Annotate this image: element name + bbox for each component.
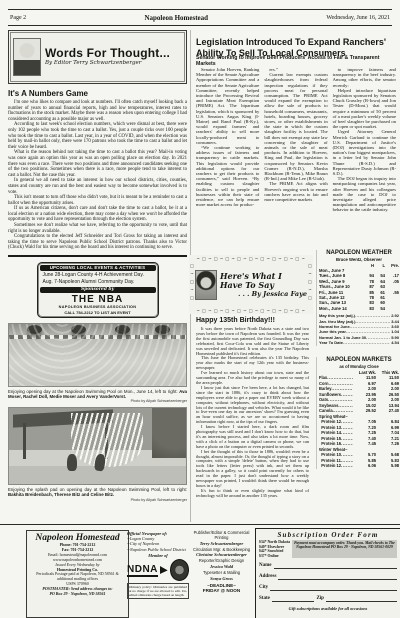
birthday-article: Happy 135th Birthday!!! It was three yea… bbox=[196, 317, 309, 499]
sponsor-phone: CALL 754-2212 TO LIST AN EVENT bbox=[40, 310, 156, 315]
ornament-border-icon: ~ □ ~ □ ~ □ ~ □ ~ □ ~ □ ~ □ ~ □ ~ □ ~ bbox=[189, 307, 313, 314]
article-title-numbers-game: It's A Numbers Game bbox=[8, 89, 187, 98]
photo-credit: Photo by Allyah Schwartzenberger bbox=[8, 498, 187, 503]
weather-observer: Bruce Wentz, Observer bbox=[319, 257, 399, 262]
article-column-2: ers.”Current law exempts custom slaughte… bbox=[264, 67, 327, 254]
obituary-policy-box: Obituary policy: Obituaries are publishe… bbox=[127, 583, 189, 599]
sponsored-by-bar: Sponsored by bbox=[40, 287, 156, 293]
pool-photo bbox=[8, 323, 187, 387]
words-for-thought-masthead: Words For Thought... By Editor Terry Sch… bbox=[45, 47, 170, 67]
jessica-photo bbox=[195, 270, 217, 300]
name-input-line[interactable] bbox=[274, 563, 398, 569]
splash-pad-photo bbox=[8, 407, 187, 485]
events-box-header: UPCOMING LOCAL EVENTS & ACTIVITIES bbox=[40, 265, 156, 271]
press-association-seal bbox=[170, 559, 189, 581]
background-trees bbox=[152, 408, 186, 458]
page-number: Page 2 bbox=[10, 15, 26, 21]
child-figure bbox=[94, 454, 106, 472]
address-label: Address bbox=[259, 574, 276, 580]
weather-summary-rows: May this year (adj.)2.92Jan. thru May (a… bbox=[319, 313, 399, 345]
markets-subtitle: as of Monday Close bbox=[319, 364, 399, 369]
masthead-postmaster-address: PO Box 29 - Napoleon, ND 58561 bbox=[29, 592, 126, 597]
banner-text: Here's What I Have To Say . . . By Jessi… bbox=[220, 272, 307, 298]
city-label: City bbox=[259, 585, 268, 591]
legislation-subhead: Senator Working to Improve Beef Producer… bbox=[196, 55, 396, 67]
editor-photo bbox=[13, 38, 41, 76]
official-items: --Logan County--City of Napoleon--Napole… bbox=[127, 536, 189, 552]
deadline-time: FRIDAY @ NOON bbox=[192, 588, 251, 593]
subscription-info-row: $34* North Dakota$40* Elsewhere$42* Snow… bbox=[259, 540, 397, 558]
left-column: Words For Thought... By Editor Terry Sch… bbox=[8, 30, 187, 506]
section-divider bbox=[8, 255, 187, 257]
caption-names: Bakhita Breidenbach, Therese Bitz and Ce… bbox=[8, 492, 114, 497]
water-spray bbox=[71, 413, 143, 467]
payment-instructions: Payment must accompany order. Thank you.… bbox=[292, 540, 397, 558]
ornament-border-icon: □ ~ □ ~ □ bbox=[307, 262, 313, 307]
words-for-thought-box: Words For Thought... By Editor Terry Sch… bbox=[8, 30, 187, 84]
city-input-line[interactable] bbox=[270, 585, 397, 591]
logo-row: NDNA bbox=[127, 559, 189, 581]
name-label: Name bbox=[259, 563, 272, 569]
article-title-birthday: Happy 135th Birthday!!! bbox=[196, 317, 309, 325]
structure-post bbox=[23, 423, 26, 459]
sponsor-name: THE NBA bbox=[40, 294, 156, 305]
ndna-logo: NDNA bbox=[127, 564, 158, 577]
banner-byline: . . . By Jessica Faye bbox=[220, 290, 307, 298]
weather-daily-rows: Mon., June 7Tues., June 89454.17Wed., Ju… bbox=[319, 268, 399, 311]
swimmer-figure bbox=[155, 325, 170, 334]
newspaper-name: Napoleon Homestead bbox=[144, 14, 208, 22]
footer-divider bbox=[0, 524, 400, 525]
column-title: Words For Thought... bbox=[45, 47, 170, 60]
banner-content: Here's What I Have To Say . . . By Jessi… bbox=[195, 262, 307, 307]
state-label: State bbox=[259, 596, 270, 602]
markets-rows: Flax11.5011.50Corn6.976.69Barley2.002.00… bbox=[319, 375, 399, 469]
official-newspaper-block: Official Newspaper of: --Logan County--C… bbox=[127, 531, 189, 599]
state-zip-field[interactable]: State Zip bbox=[259, 596, 397, 602]
member-of-label: Member of bbox=[127, 553, 189, 558]
weather-title: NAPOLEON WEATHER bbox=[319, 250, 399, 257]
name-field[interactable]: Name bbox=[259, 563, 397, 569]
staff-entries: Publisher/Editor & Commercial PrintingTe… bbox=[192, 531, 251, 581]
zip-input-line[interactable] bbox=[326, 596, 397, 602]
birthday-article-body: It was three years before North Dakota w… bbox=[196, 327, 309, 499]
article-column-1: Senator John Hoeven, Ranking Member of t… bbox=[196, 67, 259, 254]
splash-photo-caption: Enjoying the splash pad on opening day a… bbox=[8, 487, 187, 503]
events-list: June 28-Logan County 4-H Achievement Day… bbox=[40, 272, 156, 285]
markets-title: NAPOLEON MARKETS bbox=[319, 357, 399, 364]
ndna-flag-icon bbox=[160, 566, 168, 574]
swimmer-figure bbox=[71, 325, 86, 334]
swimmer-figure bbox=[115, 325, 130, 334]
staff-block: Publisher/Editor & Commercial PrintingTe… bbox=[192, 531, 251, 594]
ornament-border-icon: ~ □ ~ □ ~ □ ~ □ ~ □ ~ □ ~ □ ~ □ ~ □ ~ bbox=[189, 255, 313, 262]
article-column-3: to improve fairness and transparency in … bbox=[333, 67, 396, 254]
city-field[interactable]: City bbox=[259, 585, 397, 591]
pool-lane-rope bbox=[9, 335, 186, 339]
column-byline: By Editor Terry Schwartzenberger bbox=[45, 60, 170, 67]
markets-box: NAPOLEON MARKETS as of Monday Close Last… bbox=[316, 357, 399, 469]
banner-title: Here's What I Have To Say bbox=[220, 272, 307, 290]
child-figure bbox=[67, 454, 77, 471]
masthead-box: Napoleon Homestead Phone: 701-754-2212 F… bbox=[26, 530, 129, 618]
subscription-prices: $34* North Dakota$40* Elsewhere$42* Snow… bbox=[259, 540, 290, 558]
page-header: Page 2 Napoleon Homestead Wednesday, Jun… bbox=[8, 9, 392, 26]
state-input-line[interactable] bbox=[272, 596, 315, 602]
photo-credit: Photo by Allyah Schwartzenberger bbox=[8, 399, 187, 404]
gift-subscriptions-note: Gift subscriptions available for all occ… bbox=[259, 606, 397, 611]
swimmer-figure bbox=[27, 325, 42, 334]
zip-label: Zip bbox=[316, 596, 324, 602]
weather-box: NAPOLEON WEATHER Bruce Wentz, Observer H… bbox=[316, 250, 399, 346]
numbers-game-article-body: I'm one who likes to compare and look at… bbox=[8, 100, 187, 251]
address-field[interactable]: Address bbox=[259, 574, 397, 580]
upcoming-events-box: UPCOMING LOCAL EVENTS & ACTIVITIES June … bbox=[37, 262, 159, 318]
heres-what-i-have-to-say-banner: ~ □ ~ □ ~ □ ~ □ ~ □ ~ □ ~ □ ~ □ ~ □ ~ □ … bbox=[189, 255, 313, 314]
subscription-title: Subscription Order Form bbox=[259, 531, 397, 539]
legislation-article-body: Senator John Hoeven, Ranking Member of t… bbox=[196, 67, 396, 254]
pool-photo-caption: Enjoying opening day at the Napoleon Swi… bbox=[8, 389, 187, 405]
subscription-order-form: Subscription Order Form $34* North Dakot… bbox=[255, 528, 400, 618]
issue-date: Wednesday, June 16, 2021 bbox=[326, 15, 390, 21]
address-input-line[interactable] bbox=[278, 574, 397, 580]
